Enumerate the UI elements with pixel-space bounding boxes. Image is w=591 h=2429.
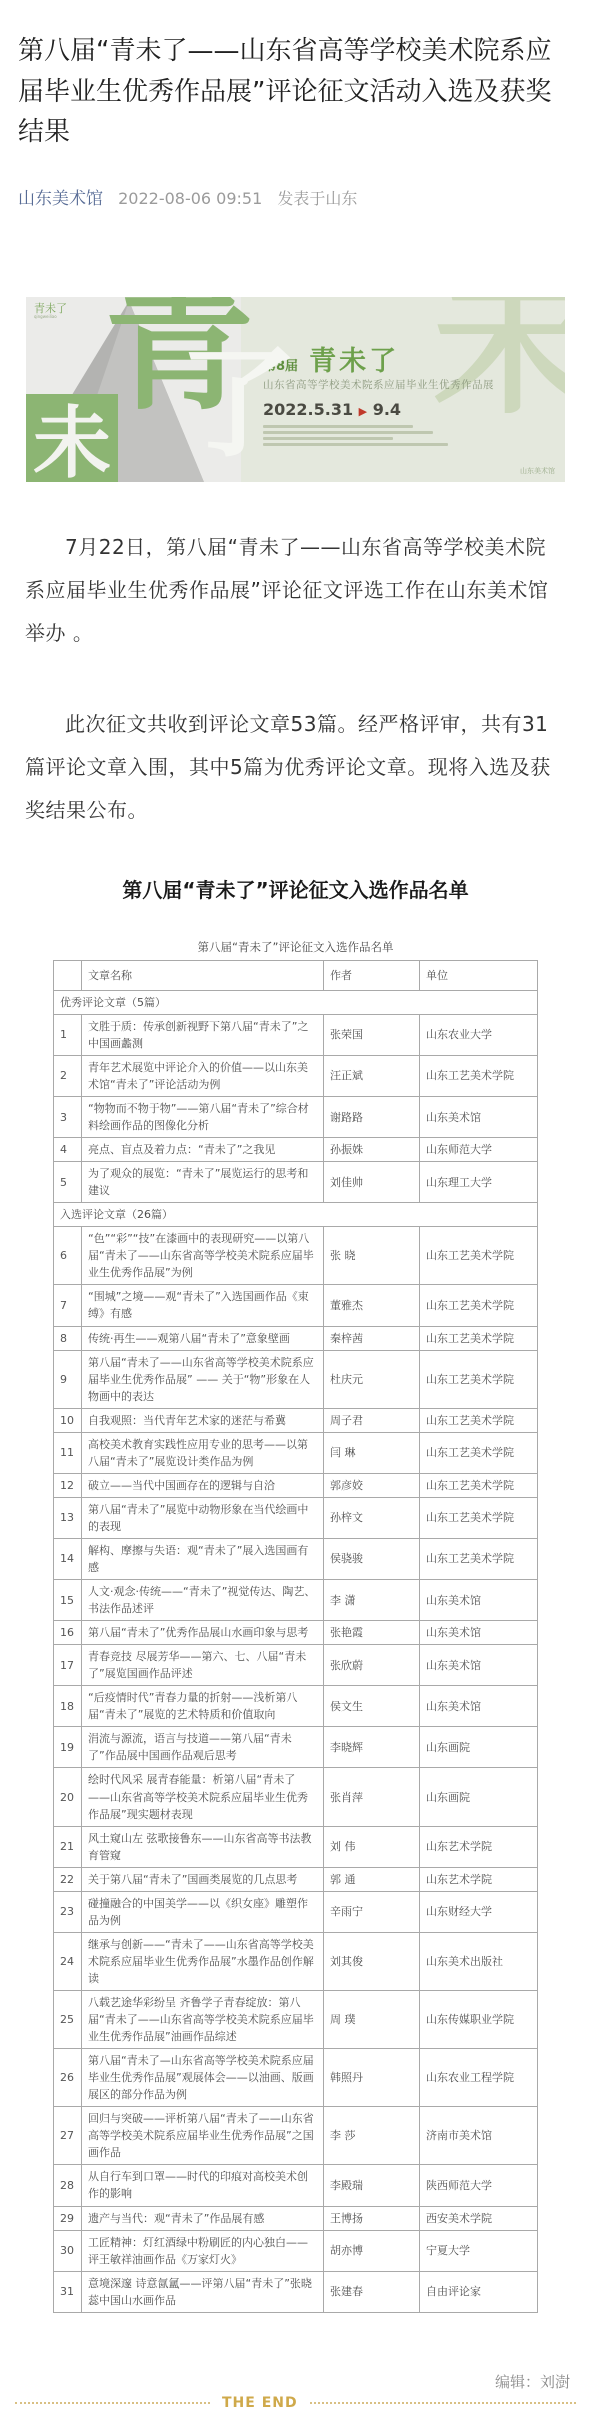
table-header-row: 文章名称作者单位 — [54, 960, 538, 990]
article-name-cell: 第八届“青未了”优秀作品展山水画印象与思考 — [82, 1621, 324, 1645]
row-number: 1 — [54, 1014, 82, 1055]
section-label: 优秀评论文章（5篇） — [54, 990, 538, 1014]
article-name-cell: 关于第八届“青未了”国画类展览的几点思考 — [82, 1867, 324, 1891]
article-name-cell: 为了观众的展览：“青未了”展览运行的思考和建议 — [82, 1162, 324, 1203]
unit-cell: 山东工艺美术学院 — [420, 1538, 538, 1579]
article-name-cell: 破立——当代中国画存在的逻辑与自洽 — [82, 1473, 324, 1497]
table-row: 10自我观照：当代青年艺术家的迷茫与希冀周子君山东工艺美术学院 — [54, 1408, 538, 1432]
article-name-cell: 涓流与源流，语言与技道——第八届“青未了”作品展中国画作品观后思考 — [82, 1727, 324, 1768]
article-page: 第八届“青未了——山东省高等学校美术院系应届毕业生优秀作品展”评论征文活动入选及… — [0, 0, 591, 2429]
author-cell: 郭 通 — [324, 1867, 420, 1891]
author-cell: 汪正斌 — [324, 1055, 420, 1096]
author-cell: 谢路路 — [324, 1096, 420, 1137]
row-number: 16 — [54, 1621, 82, 1645]
author-cell: 李 潇 — [324, 1580, 420, 1621]
table-row: 16第八届“青未了”优秀作品展山水画印象与思考张艳霞山东美术馆 — [54, 1621, 538, 1645]
row-number: 11 — [54, 1432, 82, 1473]
unit-cell: 自由评论家 — [420, 2271, 538, 2312]
article-name-cell: 亮点、盲点及着力点：“青未了”之我见 — [82, 1138, 324, 1162]
unit-cell: 山东工艺美术学院 — [420, 1408, 538, 1432]
row-number: 6 — [54, 1227, 82, 1285]
article-name-cell: 遗产与当代：观“青未了”作品展有感 — [82, 2206, 324, 2230]
author-cell: 侯文生 — [324, 1686, 420, 1727]
author-cell: 秦梓茜 — [324, 1326, 420, 1350]
author-cell: 杜庆元 — [324, 1350, 420, 1408]
table-row: 17青春竞技 尽展芳华——第六、七、八届“青未了”展览国画作品评述张欣蔚山东美术… — [54, 1645, 538, 1686]
article-name-cell: “围城”之境——观“青未了”入选国画作品《束缚》有感 — [82, 1285, 324, 1326]
results-table: 文章名称作者单位优秀评论文章（5篇）1文胜于质：传承创新视野下第八届“青未了”之… — [53, 960, 538, 2313]
row-number: 13 — [54, 1497, 82, 1538]
row-number: 28 — [54, 2165, 82, 2206]
unit-cell: 山东美术馆 — [420, 1096, 538, 1137]
unit-cell: 山东传媒职业学院 — [420, 1991, 538, 2049]
table-row: 21风土窥山左 弦歌接鲁东——山东省高等书法教育管窥刘 伟山东艺术学院 — [54, 1826, 538, 1867]
unit-cell: 山东理工大学 — [420, 1162, 538, 1203]
author-cell: 李晓辉 — [324, 1727, 420, 1768]
banner-stamp-logo: 山东美术馆 — [520, 466, 555, 476]
table-caption: 第八届“青未了”评论征文入选作品名单 — [0, 939, 591, 955]
banner-logo: 青未了 qingweiliao — [34, 303, 67, 319]
banner-left-art: 青未了 qingweiliao 青 未 了 — [26, 297, 241, 482]
author-cell: 董雅杰 — [324, 1285, 420, 1326]
table-row: 2青年艺术展览中评论介入的价值——以山东美术馆“青未了”评论活动为例汪正斌山东工… — [54, 1055, 538, 1096]
table-row: 12破立——当代中国画存在的逻辑与自洽郭彦姣山东工艺美术学院 — [54, 1473, 538, 1497]
byline: 山东美术馆 2022-08-06 09:51 发表于山东 — [0, 170, 591, 209]
author-cell: 侯骁骏 — [324, 1538, 420, 1579]
row-number: 12 — [54, 1473, 82, 1497]
banner-char-wei-block: 未 — [26, 394, 118, 482]
article-name-cell: 第八届“青未了”展览中动物形象在当代绘画中的表现 — [82, 1497, 324, 1538]
banner-image[interactable]: 青未了 qingweiliao 青 未 了 未 第8届 青未了 山东省高等学校美… — [26, 297, 565, 482]
table-row: 1文胜于质：传承创新视野下第八届“青未了”之中国画蠡测张荣国山东农业大学 — [54, 1014, 538, 1055]
unit-cell: 山东工艺美术学院 — [420, 1227, 538, 1285]
author-cell: 张建春 — [324, 2271, 420, 2312]
author-cell: 张 晓 — [324, 1227, 420, 1285]
author-cell: 张荣国 — [324, 1014, 420, 1055]
row-number: 2 — [54, 1055, 82, 1096]
publish-location: 发表于山东 — [277, 189, 357, 208]
banner-title: 青未了 — [309, 346, 399, 377]
unit-cell: 山东美术馆 — [420, 1645, 538, 1686]
unit-cell: 山东农业大学 — [420, 1014, 538, 1055]
unit-cell: 山东艺术学院 — [420, 1826, 538, 1867]
row-number: 23 — [54, 1891, 82, 1932]
row-number: 19 — [54, 1727, 82, 1768]
unit-cell: 山东师范大学 — [420, 1138, 538, 1162]
article-name-cell: 青春竞技 尽展芳华——第六、七、八届“青未了”展览国画作品评述 — [82, 1645, 324, 1686]
article-name-cell: 高校美术教育实践性应用专业的思考——以第八届“青未了”展览设计类作品为例 — [82, 1432, 324, 1473]
table-row: 13第八届“青未了”展览中动物形象在当代绘画中的表现孙梓文山东工艺美术学院 — [54, 1497, 538, 1538]
col-header-index — [54, 960, 82, 990]
row-number: 7 — [54, 1285, 82, 1326]
banner-watermark: 未 — [433, 297, 565, 423]
table-row: 26第八届“青未了—山东省高等学校美术院系应届毕业生优秀作品展”观展体会——以油… — [54, 2049, 538, 2107]
row-number: 30 — [54, 2230, 82, 2271]
row-number: 8 — [54, 1326, 82, 1350]
table-row: 9第八届“青未了——山东省高等学校美术院系应届毕业生优秀作品展” —— 关于“物… — [54, 1350, 538, 1408]
row-number: 26 — [54, 2049, 82, 2107]
banner-char-le: 了 — [178, 345, 298, 465]
author-cell: 周子君 — [324, 1408, 420, 1432]
table-row: 15人文·观念·传统——“青未了”视觉传达、陶艺、书法作品述评李 潇山东美术馆 — [54, 1580, 538, 1621]
col-header-0: 文章名称 — [82, 960, 324, 990]
row-number: 14 — [54, 1538, 82, 1579]
unit-cell: 山东工艺美术学院 — [420, 1350, 538, 1408]
end-divider: THE END — [15, 2395, 576, 2411]
table-row: 14解构、摩擦与失语：观“青未了”展入选国画有感侯骁骏山东工艺美术学院 — [54, 1538, 538, 1579]
article-name-cell: 文胜于质：传承创新视野下第八届“青未了”之中国画蠡测 — [82, 1014, 324, 1055]
table-row: 4亮点、盲点及着力点：“青未了”之我见孙振姝山东师范大学 — [54, 1138, 538, 1162]
unit-cell: 山东美术馆 — [420, 1686, 538, 1727]
unit-cell: 山东工艺美术学院 — [420, 1497, 538, 1538]
author-cell: 王博扬 — [324, 2206, 420, 2230]
unit-cell: 山东工艺美术学院 — [420, 1055, 538, 1096]
divider-line — [310, 2402, 576, 2404]
article-name-cell: “物物而不物于物”——第八届“青未了”综合材料绘画作品的图像化分析 — [82, 1096, 324, 1137]
row-number: 31 — [54, 2271, 82, 2312]
unit-cell: 山东工艺美术学院 — [420, 1285, 538, 1326]
table-row: 7“围城”之境——观“青未了”入选国画作品《束缚》有感董雅杰山东工艺美术学院 — [54, 1285, 538, 1326]
article-name-cell: 八载艺途华彩纷呈 齐鲁学子青春绽放：第八届“青未了——山东省高等学校美术院系应届… — [82, 1991, 324, 2049]
article-name-cell: 继承与创新——“青未了——山东省高等学校美术院系应届毕业生优秀作品展”水墨作品创… — [82, 1932, 324, 1990]
author-cell: 孙梓文 — [324, 1497, 420, 1538]
table-row: 19涓流与源流，语言与技道——第八届“青未了”作品展中国画作品观后思考李晓辉山东… — [54, 1727, 538, 1768]
author-cell: 辛雨宁 — [324, 1891, 420, 1932]
section-label: 入选评论文章（26篇） — [54, 1203, 538, 1227]
article-name-cell: 传统·再生——观第八届“青未了”意象壁画 — [82, 1326, 324, 1350]
row-number: 22 — [54, 1867, 82, 1891]
paragraph-1: 7月22日，第八届“青未了——山东省高等学校美术院系应届毕业生优秀作品展”评论征… — [25, 526, 566, 655]
row-number: 9 — [54, 1350, 82, 1408]
unit-cell: 西安美术学院 — [420, 2206, 538, 2230]
list-heading: 第八届“青未了”评论征文入选作品名单 — [0, 874, 591, 903]
author-cell: 张肖萍 — [324, 1768, 420, 1826]
unit-cell: 济南市美术馆 — [420, 2107, 538, 2165]
divider-line — [15, 2402, 210, 2404]
author-cell: 郭彦姣 — [324, 1473, 420, 1497]
publish-date: 2022-08-06 09:51 — [118, 189, 262, 208]
table-row: 28从自行车到口罩——时代的印痕对高校美术创作的影响李殿瑞陕西师范大学 — [54, 2165, 538, 2206]
table-row: 27回归与突破——评析第八届“青未了——山东省高等学校美术院系应届毕业生优秀作品… — [54, 2107, 538, 2165]
unit-cell: 山东画院 — [420, 1727, 538, 1768]
account-link[interactable]: 山东美术馆 — [18, 189, 103, 209]
unit-cell: 山东工艺美术学院 — [420, 1326, 538, 1350]
table-row: 20绘时代风采 展青春能量：析第八届“青未了——山东省高等学校美术院系应届毕业生… — [54, 1768, 538, 1826]
table-row: 23碰撞融合的中国美学——以《织女座》雕塑作品为例辛雨宁山东财经大学 — [54, 1891, 538, 1932]
row-number: 18 — [54, 1686, 82, 1727]
row-number: 10 — [54, 1408, 82, 1432]
article-name-cell: 第八届“青未了——山东省高等学校美术院系应届毕业生优秀作品展” —— 关于“物”… — [82, 1350, 324, 1408]
row-number: 24 — [54, 1932, 82, 1990]
author-cell: 刘 伟 — [324, 1826, 420, 1867]
table-row: 18“后疫情时代”青春力量的折射——浅析第八届“青未了”展览的艺术特质和价值取向… — [54, 1686, 538, 1727]
author-cell: 张欣蔚 — [324, 1645, 420, 1686]
article-name-cell: 从自行车到口罩——时代的印痕对高校美术创作的影响 — [82, 2165, 324, 2206]
table-row: 11高校美术教育实践性应用专业的思考——以第八届“青未了”展览设计类作品为例闫 … — [54, 1432, 538, 1473]
paragraph-2: 此次征文共收到评论文章53篇。经严格评审，共有31篇评论文章入围，其中5篇为优秀… — [25, 703, 566, 832]
unit-cell: 山东美术馆 — [420, 1580, 538, 1621]
table-row: 25八载艺途华彩纷呈 齐鲁学子青春绽放：第八届“青未了——山东省高等学校美术院系… — [54, 1991, 538, 2049]
row-number: 27 — [54, 2107, 82, 2165]
article-name-cell: 工匠精神：灯红酒绿中粉刷匠的内心独白——评王敏祥油画作品《万家灯火》 — [82, 2230, 324, 2271]
table-row: 6“色”“彩”“技”在漆画中的表现研究——以第八届“青未了——山东省高等学校美术… — [54, 1227, 538, 1285]
unit-cell: 宁夏大学 — [420, 2230, 538, 2271]
unit-cell: 山东美术出版社 — [420, 1932, 538, 1990]
table-row: 8传统·再生——观第八届“青未了”意象壁画秦梓茜山东工艺美术学院 — [54, 1326, 538, 1350]
article-name-cell: 风土窥山左 弦歌接鲁东——山东省高等书法教育管窥 — [82, 1826, 324, 1867]
author-cell: 胡亦博 — [324, 2230, 420, 2271]
table-row: 29遗产与当代：观“青未了”作品展有感王博扬西安美术学院 — [54, 2206, 538, 2230]
table-row: 30工匠精神：灯红酒绿中粉刷匠的内心独白——评王敏祥油画作品《万家灯火》胡亦博宁… — [54, 2230, 538, 2271]
table-row: 31意境深邃 诗意氤氲——评第八届“青未了”张晓蕊中国山水画作品张建春自由评论家 — [54, 2271, 538, 2312]
unit-cell: 山东工艺美术学院 — [420, 1473, 538, 1497]
table-row: 3“物物而不物于物”——第八届“青未了”综合材料绘画作品的图像化分析谢路路山东美… — [54, 1096, 538, 1137]
table-row: 22关于第八届“青未了”国画类展览的几点思考郭 通山东艺术学院 — [54, 1867, 538, 1891]
unit-cell: 山东工艺美术学院 — [420, 1432, 538, 1473]
article-name-cell: 意境深邃 诗意氤氲——评第八届“青未了”张晓蕊中国山水画作品 — [82, 2271, 324, 2312]
section-row: 入选评论文章（26篇） — [54, 1203, 538, 1227]
article-name-cell: 解构、摩擦与失语：观“青未了”展入选国画有感 — [82, 1538, 324, 1579]
author-cell: 孙振姝 — [324, 1138, 420, 1162]
row-number: 4 — [54, 1138, 82, 1162]
the-end-label: THE END — [222, 2395, 298, 2411]
article-name-cell: 回归与突破——评析第八届“青未了——山东省高等学校美术院系应届毕业生优秀作品展”… — [82, 2107, 324, 2165]
row-number: 17 — [54, 1645, 82, 1686]
unit-cell: 山东美术馆 — [420, 1621, 538, 1645]
row-number: 3 — [54, 1096, 82, 1137]
article-name-cell: 绘时代风采 展青春能量：析第八届“青未了——山东省高等学校美术院系应届毕业生优秀… — [82, 1768, 324, 1826]
section-row: 优秀评论文章（5篇） — [54, 990, 538, 1014]
article-name-cell: 自我观照：当代青年艺术家的迷茫与希冀 — [82, 1408, 324, 1432]
row-number: 21 — [54, 1826, 82, 1867]
row-number: 25 — [54, 1991, 82, 2049]
arrow-icon: ▶ — [359, 405, 367, 418]
author-cell: 李 莎 — [324, 2107, 420, 2165]
table-row: 5为了观众的展览：“青未了”展览运行的思考和建议刘佳帅山东理工大学 — [54, 1162, 538, 1203]
author-cell: 周 璞 — [324, 1991, 420, 2049]
article-name-cell: 青年艺术展览中评论介入的价值——以山东美术馆“青未了”评论活动为例 — [82, 1055, 324, 1096]
editor-credit: 编辑：刘澍 — [15, 2371, 576, 2392]
author-cell: 韩照丹 — [324, 2049, 420, 2107]
row-number: 15 — [54, 1580, 82, 1621]
col-header-2: 单位 — [420, 960, 538, 990]
row-number: 29 — [54, 2206, 82, 2230]
row-number: 5 — [54, 1162, 82, 1203]
unit-cell: 山东画院 — [420, 1768, 538, 1826]
article-name-cell: 第八届“青未了—山东省高等学校美术院系应届毕业生优秀作品展”观展体会——以油画、… — [82, 2049, 324, 2107]
author-cell: 闫 琳 — [324, 1432, 420, 1473]
article-title: 第八届“青未了——山东省高等学校美术院系应届毕业生优秀作品展”评论征文活动入选及… — [0, 17, 591, 152]
col-header-1: 作者 — [324, 960, 420, 990]
author-cell: 李殿瑞 — [324, 2165, 420, 2206]
article-name-cell: “色”“彩”“技”在漆画中的表现研究——以第八届“青未了——山东省高等学校美术院… — [82, 1227, 324, 1285]
author-cell: 刘其俊 — [324, 1932, 420, 1990]
unit-cell: 陕西师范大学 — [420, 2165, 538, 2206]
article-name-cell: 人文·观念·传统——“青未了”视觉传达、陶艺、书法作品述评 — [82, 1580, 324, 1621]
article-name-cell: “后疫情时代”青春力量的折射——浅析第八届“青未了”展览的艺术特质和价值取向 — [82, 1686, 324, 1727]
table-row: 24继承与创新——“青未了——山东省高等学校美术院系应届毕业生优秀作品展”水墨作… — [54, 1932, 538, 1990]
unit-cell: 山东财经大学 — [420, 1891, 538, 1932]
article-name-cell: 碰撞融合的中国美学——以《织女座》雕塑作品为例 — [82, 1891, 324, 1932]
footer: 编辑：刘澍 THE END — [15, 2371, 576, 2411]
row-number: 20 — [54, 1768, 82, 1826]
author-cell: 刘佳帅 — [324, 1162, 420, 1203]
unit-cell: 山东艺术学院 — [420, 1867, 538, 1891]
unit-cell: 山东农业工程学院 — [420, 2049, 538, 2107]
author-cell: 张艳霞 — [324, 1621, 420, 1645]
